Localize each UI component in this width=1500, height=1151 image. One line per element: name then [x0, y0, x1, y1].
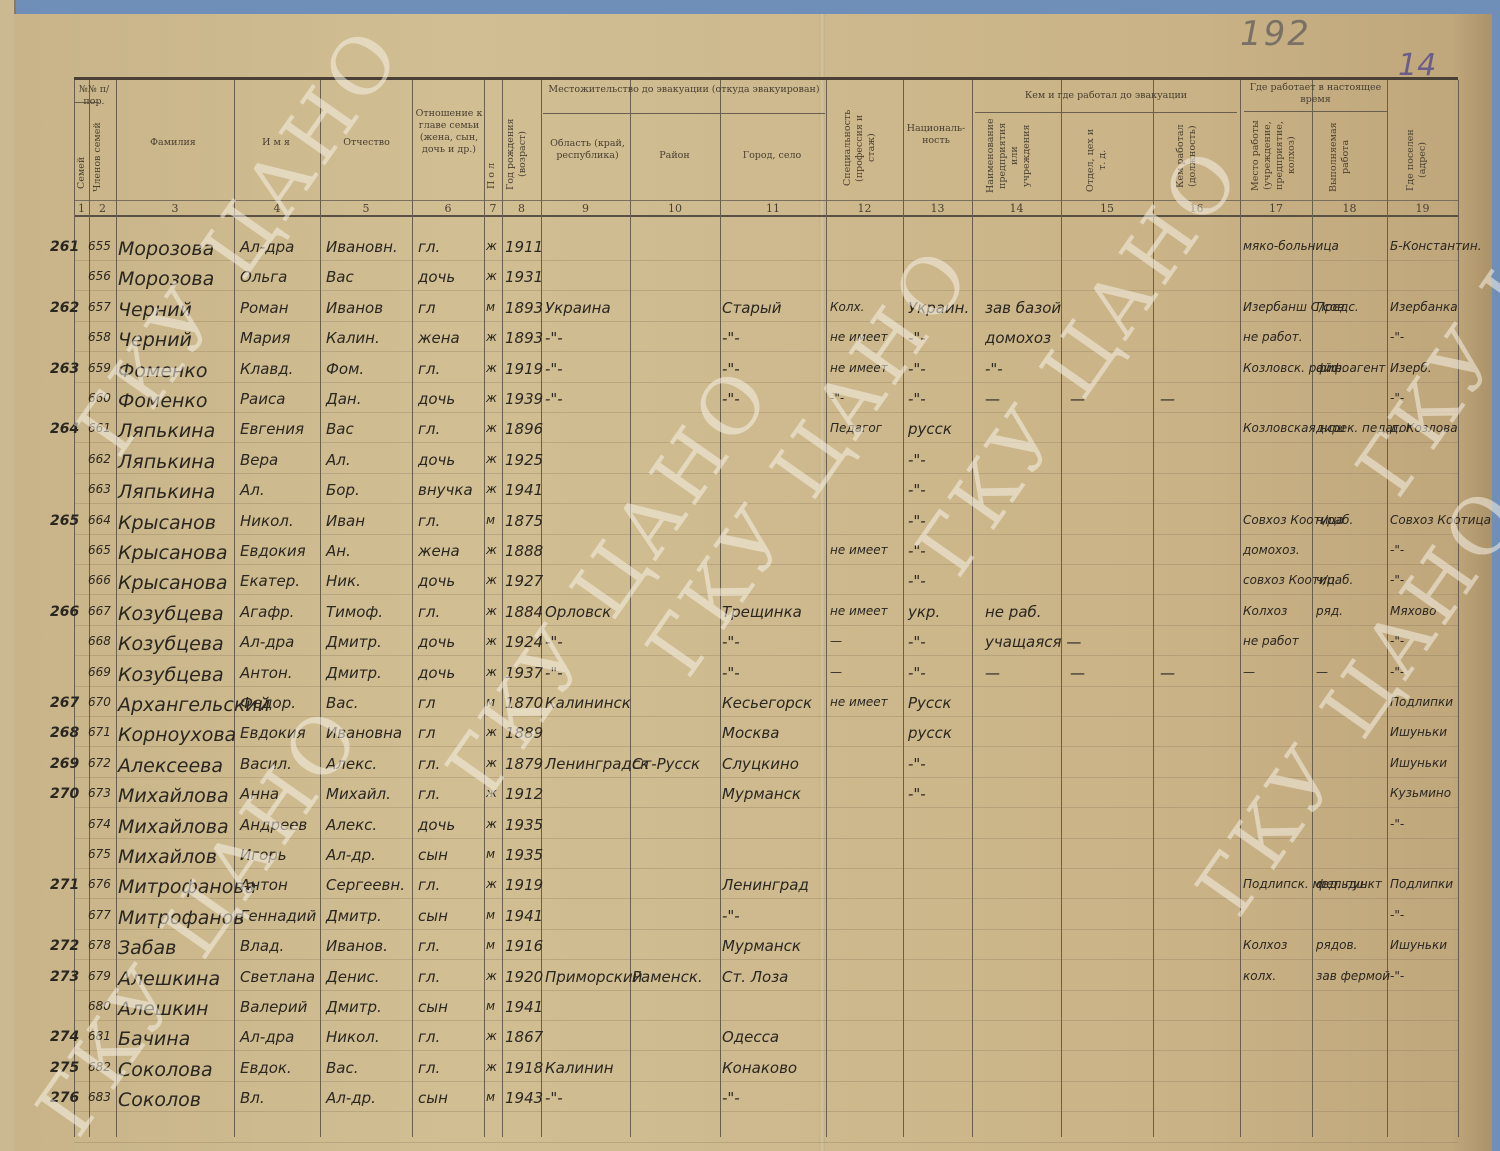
column-line: [502, 80, 503, 1137]
cell-birth: 1912: [505, 787, 543, 802]
cell-city: Слуцкино: [722, 757, 799, 772]
row-line: [74, 382, 1458, 383]
cell-surname: Забав: [118, 939, 176, 958]
cell-birth: 1896: [505, 422, 543, 437]
row-line: [74, 807, 1458, 808]
cell-surname: Бачина: [118, 1030, 190, 1049]
cell-enterprise: не раб.: [985, 605, 1042, 620]
cell-surname: Ляпькина: [118, 453, 215, 472]
cell-name: Клавд.: [240, 362, 293, 377]
cell-member: 674: [88, 818, 111, 830]
row-line: [74, 838, 1458, 839]
cell-patronymic: Иванов: [326, 301, 383, 316]
cell-relation: сын: [418, 1091, 448, 1106]
cell-sex: ж: [486, 1061, 497, 1073]
cell-name: Антон.: [240, 666, 293, 681]
cell-relation: сын: [418, 909, 448, 924]
cell-patronymic: Вас.: [326, 1061, 359, 1076]
cell-name: Евдокия: [240, 544, 306, 559]
cell-patronymic: Михайл.: [326, 787, 391, 802]
cell-member: 677: [88, 909, 111, 921]
cell-work-place: мяко-больница: [1243, 240, 1339, 252]
cell-name: Евгения: [240, 422, 304, 437]
header-col-19: Где поселен (адрес): [1405, 125, 1437, 195]
cell-surname: Соколов: [118, 1091, 201, 1110]
cell-name: Раиса: [240, 392, 285, 407]
cell-member: 667: [88, 605, 111, 617]
cell-member: 678: [88, 939, 111, 951]
cell-birth: 1924: [505, 635, 543, 650]
cell-sex: м: [486, 696, 495, 708]
cell-relation: гл.: [418, 939, 440, 954]
cell-member: 670: [88, 696, 111, 708]
cell-birth: 1941: [505, 1000, 543, 1015]
column-line: [1240, 80, 1241, 1137]
cell-patronymic: Вас: [326, 270, 354, 285]
cell-name: Светлана: [240, 970, 315, 985]
cell-enterprise: зав базой: [985, 301, 1061, 316]
cell-patronymic: Сергеевн.: [326, 878, 405, 893]
cell-patronymic: Ивановн.: [326, 240, 398, 255]
cell-patronymic: Дан.: [326, 392, 362, 407]
cell-member: 665: [88, 544, 111, 556]
cell-birth: 1889: [505, 726, 543, 741]
cell-patronymic: Ан.: [326, 544, 351, 559]
cell-address: Ишуньки: [1390, 939, 1447, 951]
row-line: [74, 777, 1458, 778]
cell-sex: ж: [486, 362, 497, 374]
cell-name: Агафр.: [240, 605, 294, 620]
column-line: [1061, 80, 1062, 1137]
cell-relation: гл.: [418, 605, 440, 620]
cell-relation: сын: [418, 1000, 448, 1015]
cell-name: Антон: [240, 878, 288, 893]
cell-surname: Крысанов: [118, 514, 216, 533]
cell-member: 661: [88, 422, 111, 434]
cell-family: 266: [50, 605, 79, 619]
cell-patronymic: Денис.: [326, 970, 380, 985]
cell-surname: Черний: [118, 301, 192, 320]
cell-patronymic: Калин.: [326, 331, 380, 346]
cell-name: Игорь: [240, 848, 287, 863]
cell-patronymic: Фом.: [326, 362, 364, 377]
cell-name: Ал-дра: [240, 635, 294, 650]
cell-patronymic: Вас.: [326, 696, 359, 711]
cell-sex: ж: [486, 574, 497, 586]
cell-name: Никол.: [240, 514, 294, 529]
cell-member: 657: [88, 301, 111, 313]
cell-relation: дочь: [418, 453, 455, 468]
column-number: 1: [74, 202, 89, 215]
cell-member: 662: [88, 453, 111, 465]
cell-patronymic: Дмитр.: [326, 909, 382, 924]
cell-family: 275: [50, 1061, 79, 1075]
cell-sex: м: [486, 848, 495, 860]
header-subrule-work-now: [1244, 111, 1387, 112]
cell-relation: дочь: [418, 392, 455, 407]
header-group-work-before: Кем и где работал до эвакуации: [975, 90, 1237, 102]
cell-address: -"-: [1390, 331, 1404, 343]
cell-name: Ал-дра: [240, 240, 294, 255]
cell-city: -"-: [722, 1091, 740, 1106]
cell-dept: —: [1070, 666, 1085, 681]
cell-sex: ж: [486, 818, 497, 830]
cell-nationality: -"-: [908, 362, 926, 377]
row-line: [74, 1111, 1458, 1112]
cell-surname: Козубцева: [118, 635, 224, 654]
column-number: 5: [320, 202, 412, 215]
cell-patronymic: Дмитр.: [326, 1000, 382, 1015]
header-subrule-work-before: [975, 112, 1237, 113]
header-top-rule: [74, 77, 1458, 80]
cell-patronymic: Дмитр.: [326, 666, 382, 681]
cell-address: Б-Константин.: [1390, 240, 1482, 252]
cell-relation: дочь: [418, 635, 455, 650]
cell-address: Кузьмино: [1390, 787, 1451, 799]
cell-patronymic: Дмитр.: [326, 635, 382, 650]
header-subrule-residence: [543, 113, 825, 114]
cell-name: Вера: [240, 453, 278, 468]
cell-nationality: -"-: [908, 392, 926, 407]
cell-family: 268: [50, 726, 79, 740]
cell-region: -"-: [545, 666, 563, 681]
cell-specialty: не имеет: [830, 605, 888, 617]
header-col-17: Место работы (учреждение, предприятие, к…: [1250, 114, 1306, 197]
cell-surname: Михайлова: [118, 787, 229, 806]
cell-name: Ал.: [240, 483, 265, 498]
column-number: 6: [412, 202, 484, 215]
cell-member: 679: [88, 970, 111, 982]
row-line: [74, 868, 1458, 869]
cell-surname: Алексеева: [118, 757, 223, 776]
cell-specialty: не имеет: [830, 331, 888, 343]
header-col-12: Специальность (профессия и стаж): [842, 100, 874, 196]
cell-work-place: Колхоз: [1243, 939, 1287, 951]
cell-relation: гл.: [418, 362, 440, 377]
cell-work-place: колх.: [1243, 970, 1276, 982]
cell-birth: 1893: [505, 331, 543, 346]
row-line: [74, 746, 1458, 747]
cell-enterprise: —: [985, 392, 1000, 407]
cell-sex: ж: [486, 453, 497, 465]
cell-region: -"-: [545, 635, 563, 650]
cell-address: -"-: [1390, 909, 1404, 921]
cell-surname: Морозова: [118, 240, 214, 259]
cell-relation: гл: [418, 696, 435, 711]
cell-birth: 1935: [505, 818, 543, 833]
row-line: [74, 929, 1458, 930]
cell-patronymic: Иванов.: [326, 939, 388, 954]
cell-name: Евдок.: [240, 1061, 292, 1076]
row-line: [74, 594, 1458, 595]
cell-member: 658: [88, 331, 111, 343]
cell-surname: Фоменко: [118, 362, 208, 381]
column-line: [320, 80, 321, 1137]
row-line: [74, 473, 1458, 474]
cell-specialty: не имеет: [830, 696, 888, 708]
column-number: 19: [1387, 202, 1458, 215]
cell-city: Ст. Лоза: [722, 970, 788, 985]
row-line: [74, 534, 1458, 535]
cell-address: Ишуньки: [1390, 757, 1447, 769]
cell-relation: гл.: [418, 878, 440, 893]
cell-member: 676: [88, 878, 111, 890]
cell-patronymic: Вас: [326, 422, 354, 437]
cell-region: -"-: [545, 331, 563, 346]
cell-work-place: —: [1243, 666, 1255, 678]
cell-work-place: не работ: [1243, 635, 1299, 647]
cell-nationality: -"-: [908, 544, 926, 559]
cell-birth: 1941: [505, 909, 543, 924]
column-number: 4: [234, 202, 320, 215]
cell-member: 671: [88, 726, 111, 738]
column-line: [484, 80, 485, 1137]
cell-family: 263: [50, 362, 79, 376]
cell-surname: Митрофанов: [118, 909, 245, 928]
row-line: [74, 321, 1458, 322]
cell-city: Кесьегорск: [722, 696, 812, 711]
cell-nationality: русск: [908, 726, 952, 741]
cell-surname: Михайлова: [118, 818, 229, 837]
cell-name: Евдокия: [240, 726, 306, 741]
cell-family: 274: [50, 1030, 79, 1044]
column-line: [826, 80, 827, 1137]
cell-birth: 1920: [505, 970, 543, 985]
header-col-11: Город, село: [722, 150, 822, 162]
cell-name: Мария: [240, 331, 290, 346]
row-line: [74, 442, 1458, 443]
cell-surname: Корноухова: [118, 726, 236, 745]
cell-relation: гл.: [418, 240, 440, 255]
cell-address: -"-: [1390, 970, 1404, 982]
cell-region: -"-: [545, 1091, 563, 1106]
cell-city: Мурманск: [722, 787, 801, 802]
cell-address: Мяхово: [1390, 605, 1436, 617]
cell-address: Подлипки: [1390, 878, 1453, 890]
cell-work-done: ч/раб.: [1316, 514, 1353, 526]
cell-region: Калинин: [545, 1061, 614, 1076]
header-col-5: Отчество: [324, 137, 409, 149]
cell-member: 681: [88, 1030, 111, 1042]
cell-birth: 1870: [505, 696, 543, 711]
column-number: 11: [720, 202, 826, 215]
cell-specialty: не имеет: [830, 362, 888, 374]
cell-address: д. Козлова: [1390, 422, 1458, 434]
column-number: 14: [972, 202, 1061, 215]
header-col-2: Членов семей: [92, 118, 104, 196]
cell-address: Ишуньки: [1390, 726, 1447, 738]
cell-relation: гл.: [418, 1030, 440, 1045]
cell-nationality: Украин.: [908, 301, 969, 316]
cell-name: Ал-дра: [240, 1030, 294, 1045]
cell-relation: дочь: [418, 270, 455, 285]
cell-sex: м: [486, 301, 495, 313]
cell-city: -"-: [722, 635, 740, 650]
cell-address: -"-: [1390, 818, 1404, 830]
header-col-4: И м я: [236, 137, 316, 149]
cell-sex: м: [486, 1000, 495, 1012]
cell-member: 666: [88, 574, 111, 586]
cell-dept: —: [1070, 392, 1085, 407]
cell-birth: 1893: [505, 301, 543, 316]
cell-birth: 1925: [505, 453, 543, 468]
row-line: [74, 655, 1458, 656]
column-number: 17: [1240, 202, 1312, 215]
column-line: [972, 80, 973, 1137]
cell-name: Васил.: [240, 757, 292, 772]
cell-birth: 1875: [505, 514, 543, 529]
column-number: 13: [903, 202, 972, 215]
cell-work-done: ч/раб.: [1316, 574, 1353, 586]
cell-member: 660: [88, 392, 111, 404]
cell-sex: м: [486, 909, 495, 921]
cell-city: -"-: [722, 666, 740, 681]
header-col-6: Отношение к главе семьи (жена, сын, дочь…: [414, 108, 484, 156]
column-number: 16: [1153, 202, 1240, 215]
cell-region: -"-: [545, 392, 563, 407]
cell-enterprise: —: [985, 666, 1000, 681]
sheet-page-number: 192: [1240, 14, 1311, 54]
cell-birth: 1937: [505, 666, 543, 681]
cell-member: 672: [88, 757, 111, 769]
cell-nationality: -"-: [908, 635, 926, 650]
column-line: [1153, 80, 1154, 1137]
column-line: [234, 80, 235, 1137]
cell-birth: 1943: [505, 1091, 543, 1106]
cell-family: 262: [50, 301, 79, 315]
cell-specialty: —: [830, 666, 842, 678]
cell-member: 682: [88, 1061, 111, 1073]
cell-family: 272: [50, 939, 79, 953]
cell-birth: 1935: [505, 848, 543, 863]
cell-specialty: -"-: [830, 392, 844, 404]
cell-relation: внучка: [418, 483, 473, 498]
cell-birth: 1919: [505, 878, 543, 893]
cell-work-done: Предс.: [1316, 301, 1359, 313]
cell-member: 675: [88, 848, 111, 860]
column-number: 8: [502, 202, 541, 215]
header-col-1: Семей: [76, 150, 88, 195]
cell-position: —: [1160, 392, 1175, 407]
cell-patronymic: Ник.: [326, 574, 361, 589]
column-number: 15: [1061, 202, 1153, 215]
header-col-18: Выполняемая работа: [1328, 118, 1358, 196]
cell-relation: жена: [418, 544, 460, 559]
cell-address: Совхоз Коотица: [1390, 514, 1491, 526]
row-line: [74, 625, 1458, 626]
cell-name: Геннадий: [240, 909, 316, 924]
cell-surname: Алешкин: [118, 1000, 208, 1019]
cell-name: Вл.: [240, 1091, 265, 1106]
cell-member: 656: [88, 270, 111, 282]
cell-region: Украина: [545, 301, 611, 316]
cell-nationality: укр.: [908, 605, 940, 620]
cell-nationality: -"-: [908, 666, 926, 681]
cell-birth: 1941: [505, 483, 543, 498]
cell-nationality: -"-: [908, 574, 926, 589]
column-number: 3: [116, 202, 234, 215]
cell-patronymic: Бор.: [326, 483, 360, 498]
cell-family: 271: [50, 878, 79, 892]
row-line: [74, 959, 1458, 960]
header-group-number: №№ п/пор.: [74, 84, 114, 108]
cell-surname: Черний: [118, 331, 192, 350]
cell-nationality: -"-: [908, 453, 926, 468]
cell-sex: ж: [486, 666, 497, 678]
cell-birth: 1867: [505, 1030, 543, 1045]
header-col-9: Область (край, республика): [545, 138, 630, 162]
cell-member: 669: [88, 666, 111, 678]
header-group-work-now: Где работает в настоящее время: [1244, 82, 1387, 106]
cell-position: —: [1160, 666, 1175, 681]
cell-enterprise: домохоз: [985, 331, 1051, 346]
cell-birth: 1884: [505, 605, 543, 620]
row-line: [74, 412, 1458, 413]
cell-specialty: не имеет: [830, 544, 888, 556]
cell-patronymic: Ивановна: [326, 726, 402, 741]
row-line: [74, 564, 1458, 565]
cell-city: -"-: [722, 362, 740, 377]
cell-relation: гл: [418, 726, 435, 741]
cell-patronymic: Ал.: [326, 453, 351, 468]
cell-family: 265: [50, 514, 79, 528]
cell-name: Екатер.: [240, 574, 300, 589]
cell-relation: дочь: [418, 666, 455, 681]
cell-city: Старый: [722, 301, 782, 316]
header-col-3: Фамилия: [118, 137, 228, 149]
column-number: 7: [484, 202, 502, 215]
column-line: [720, 80, 721, 1137]
cell-surname: Алешкина: [118, 970, 220, 989]
header-col-15: Отдел, цех и т. д.: [1085, 125, 1115, 195]
row-line: [74, 1142, 1458, 1143]
cell-region: -"-: [545, 362, 563, 377]
row-line: [74, 716, 1458, 717]
cell-sex: ж: [486, 635, 497, 647]
cell-birth: 1916: [505, 939, 543, 954]
cell-enterprise: учащаяся —: [985, 635, 1081, 650]
cell-member: 663: [88, 483, 111, 495]
cell-member: 664: [88, 514, 111, 526]
cell-relation: сын: [418, 848, 448, 863]
cell-city: Одесса: [722, 1030, 779, 1045]
cell-relation: гл.: [418, 514, 440, 529]
column-number: 12: [826, 202, 903, 215]
cell-surname: Крысанова: [118, 544, 228, 563]
cell-patronymic: Алекс.: [326, 757, 377, 772]
cell-member: 680: [88, 1000, 111, 1012]
cell-nationality: -"-: [908, 787, 926, 802]
row-line: [74, 1081, 1458, 1082]
cell-birth: 1918: [505, 1061, 543, 1076]
cell-patronymic: Никол.: [326, 1030, 380, 1045]
cell-patronymic: Тимоф.: [326, 605, 383, 620]
cell-sex: м: [486, 514, 495, 526]
cell-surname: Митрофанова: [118, 878, 256, 897]
cell-surname: Фоменко: [118, 392, 208, 411]
cell-family: 264: [50, 422, 79, 436]
cell-member: 659: [88, 362, 111, 374]
cell-sex: ж: [486, 240, 497, 252]
cell-relation: дочь: [418, 818, 455, 833]
header-col-8: Год рождения (возраст): [505, 112, 533, 196]
cell-name: Анна: [240, 787, 279, 802]
cell-surname: Козубцева: [118, 666, 224, 685]
cell-birth: 1911: [505, 240, 543, 255]
cell-specialty: —: [830, 635, 842, 647]
cell-member: 683: [88, 1091, 111, 1103]
cell-sex: ж: [486, 787, 497, 799]
